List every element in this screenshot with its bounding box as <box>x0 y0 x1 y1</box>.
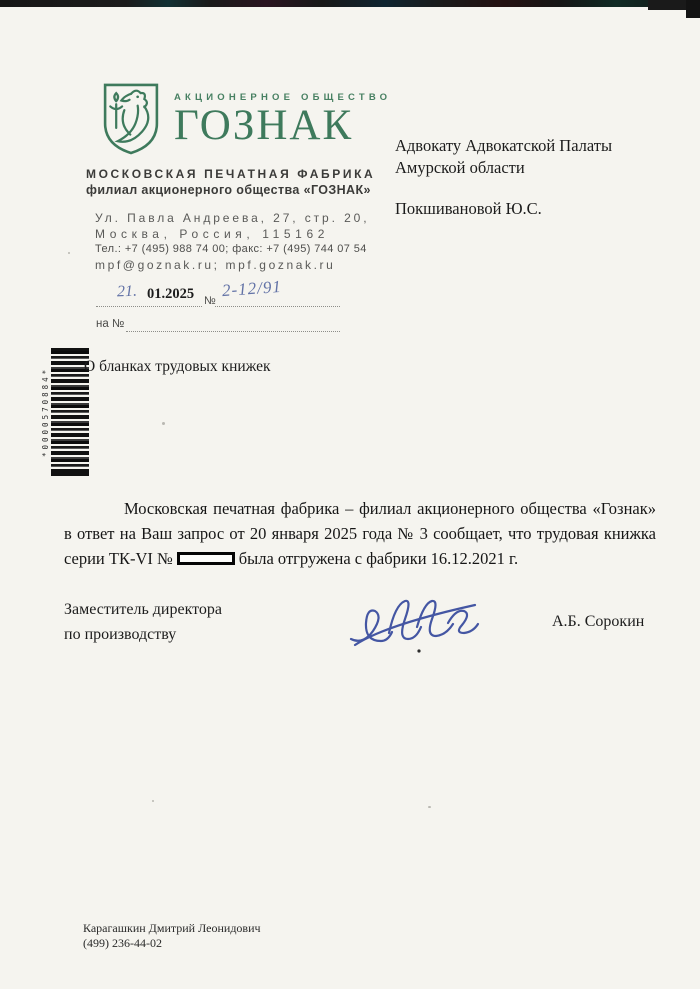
handwritten-signature <box>345 583 495 655</box>
scan-speck <box>68 252 70 254</box>
company-name: ГОЗНАК <box>174 104 391 148</box>
body-paragraph: Московская печатная фабрика – филиал акц… <box>64 496 656 571</box>
recipient-name: Покшивановой Ю.С. <box>395 198 612 220</box>
signer-name: А.Б. Сорокин <box>552 613 644 631</box>
outgoing-number-handwritten: 2-12/91 <box>221 277 282 301</box>
date-dotted-line <box>96 306 202 307</box>
executor-name: Карагашкин Дмитрий Леонидович <box>83 921 261 936</box>
reply-to-number-label: на № <box>96 318 124 330</box>
reply-dotted-line <box>126 331 340 332</box>
scan-speck <box>162 422 165 425</box>
factory-subtitle: филиал акционерного общества «ГОЗНАК» <box>86 183 371 197</box>
subject-line: О бланках трудовых книжек <box>84 358 271 376</box>
barcode-digits: *0000570884* <box>41 348 51 476</box>
scan-speck <box>428 806 431 808</box>
address-street: Ул. Павла Андреева, 27, стр. 20, <box>95 210 369 226</box>
signer-title-line1: Заместитель директора <box>64 597 222 622</box>
recipient-block: Адвокату Адвокатской Палаты Амурской обл… <box>395 135 612 220</box>
date-printed: 01.2025 <box>147 286 194 303</box>
body-text-part2: была отгружена с фабрики 16.12.2021 г. <box>239 549 518 568</box>
scan-edge-corner <box>686 0 700 18</box>
recipient-line2: Амурской области <box>395 157 612 179</box>
factory-name: МОСКОВСКАЯ ПЕЧАТНАЯ ФАБРИКА <box>86 167 375 181</box>
number-dotted-line <box>215 306 340 307</box>
scan-speck <box>152 800 154 802</box>
address-city: Москва, Россия, 115162 <box>95 226 369 242</box>
recipient-line1: Адвокату Адвокатской Палаты <box>395 135 612 157</box>
date-handwritten: 21. <box>117 283 138 302</box>
logo-text-block: АКЦИОНЕРНОЕ ОБЩЕСТВО ГОЗНАК <box>174 92 391 148</box>
address-email-site: mpf@goznak.ru; mpf.goznak.ru <box>95 257 369 273</box>
signer-title-block: Заместитель директора по производству <box>64 597 222 647</box>
scanned-letter-page: АКЦИОНЕРНОЕ ОБЩЕСТВО ГОЗНАК МОСКОВСКАЯ П… <box>0 0 700 989</box>
signer-title-line2: по производству <box>64 622 222 647</box>
scan-edge-strip <box>0 0 700 7</box>
executor-phone: (499) 236-44-02 <box>83 936 261 951</box>
address-block: Ул. Павла Андреева, 27, стр. 20, Москва,… <box>95 210 369 273</box>
registration-barcode: *0000570884* <box>41 348 89 476</box>
goznak-eagle-logo-icon <box>94 82 168 156</box>
executor-block: Карагашкин Дмитрий Леонидович (499) 236-… <box>83 921 261 951</box>
redaction-box <box>177 552 235 565</box>
address-phone-fax: Тел.: +7 (495) 988 74 00; факс: +7 (495)… <box>95 242 369 257</box>
